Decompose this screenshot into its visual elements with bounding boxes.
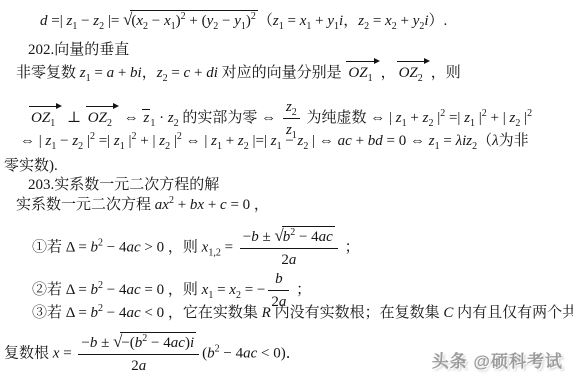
math-text: ， xyxy=(142,65,157,81)
math-text: + xyxy=(114,65,130,81)
math-variable: c xyxy=(220,197,227,213)
distance-formula-line: d =| z1 − z2 |= √(x2 − x1)2 + (y2 − y1)2… xyxy=(40,10,447,31)
superscript: 2 xyxy=(527,108,532,119)
denominator: 2a xyxy=(240,249,338,270)
math-variable: x xyxy=(164,13,171,29)
subscript: 2 xyxy=(418,73,423,84)
math-text: + xyxy=(352,133,368,149)
math-text: − 4 xyxy=(103,282,126,298)
math-variable: d xyxy=(40,13,48,29)
math-text: − 4 xyxy=(220,345,243,361)
math-variable: ac xyxy=(127,282,141,298)
math-text: + | xyxy=(487,110,510,126)
math-text: （ xyxy=(477,133,492,149)
math-text: − 4 xyxy=(103,239,126,255)
vector-overline: OZ2 xyxy=(397,61,430,83)
math-variable: x xyxy=(229,282,236,298)
math-text: = xyxy=(440,133,456,149)
math-text: 对应的向量分别是 xyxy=(218,65,346,81)
math-variable: ac xyxy=(243,345,257,361)
case3-delta-negative-line: ③若 Δ = b2 − 4ac < 0 ，它在实数集 R 内没有实数根；在复数集… xyxy=(32,303,573,323)
math-variable: ac xyxy=(127,305,141,321)
math-text: =| xyxy=(48,13,67,29)
math-variable: ac xyxy=(127,239,141,255)
math-text: ⇔ xyxy=(120,110,143,126)
math-variable: b xyxy=(251,229,259,245)
math-text: ； xyxy=(341,239,360,255)
math-text: − xyxy=(282,133,298,149)
math-text: | ⇔ xyxy=(308,133,337,149)
math-text: + xyxy=(397,13,413,29)
math-text: ； xyxy=(292,282,311,298)
math-text: = − xyxy=(241,282,265,298)
subscript: 2 xyxy=(107,118,112,129)
math-variable: i xyxy=(190,335,194,351)
math-variable: y xyxy=(234,13,241,29)
math-text: − xyxy=(148,13,164,29)
radical: √b2 − 4ac xyxy=(274,229,334,245)
math-text: |= xyxy=(104,13,123,29)
math-text: ，则 xyxy=(431,65,461,81)
math-variable: OZ xyxy=(348,65,367,81)
numerator: −b ± √−(b2 − 4ac)i xyxy=(78,332,199,355)
math-text: = xyxy=(91,65,107,81)
math-variable: C xyxy=(443,305,453,321)
radical: √−(b2 − 4ac)i xyxy=(113,335,196,351)
radicand: (x2 − x1)2 + (y2 − y1)2 xyxy=(130,10,258,31)
math-variable: a xyxy=(139,358,147,374)
math-text: =| xyxy=(445,110,464,126)
math-text: ③若 Δ = xyxy=(32,305,91,321)
subscript: 1,2 xyxy=(208,247,221,258)
math-text: ⊥ xyxy=(63,110,85,126)
math-text: · xyxy=(155,110,168,126)
vector-overline: OZ1 xyxy=(346,61,379,83)
math-text: 零实数). xyxy=(4,158,58,174)
math-text: = 0 ，则 xyxy=(141,282,202,298)
math-variable: x xyxy=(385,13,392,29)
math-text: − 4 xyxy=(147,335,170,351)
math-variable: bi xyxy=(130,65,142,81)
math-text: = 0 ， xyxy=(227,197,269,213)
math-variable: ac xyxy=(171,335,185,351)
math-text: + xyxy=(190,65,206,81)
math-text: = xyxy=(59,345,75,361)
denominator: 2a xyxy=(78,355,199,376)
numerator: −b ± √b2 − 4ac xyxy=(240,226,338,249)
radicand: b2 − 4ac xyxy=(282,226,335,247)
math-variable: ac xyxy=(338,133,352,149)
math-text: = xyxy=(284,13,300,29)
math-text: ①若 Δ = xyxy=(32,239,91,255)
math-text: | xyxy=(125,133,132,149)
math-variable: x xyxy=(136,13,143,29)
quadratic-equation-line: 实系数一元二次方程 ax2 + bx + c = 0 ， xyxy=(16,195,269,215)
math-variable: b xyxy=(207,345,215,361)
math-text: =| xyxy=(95,133,114,149)
math-text: − 4 xyxy=(103,305,126,321)
math-text: ± xyxy=(97,335,113,351)
section-202-heading: 202.向量的垂直 xyxy=(28,40,129,60)
math-text: 2 xyxy=(131,358,139,374)
math-variable: a xyxy=(107,65,115,81)
math-text: > 0 ，则 xyxy=(141,239,202,255)
math-variable: a xyxy=(289,252,297,268)
math-text: ， xyxy=(343,13,358,29)
math-text: + xyxy=(407,110,423,126)
math-text: |=| xyxy=(249,133,271,149)
numerator: z2 xyxy=(283,97,300,119)
math-text: 2 xyxy=(281,252,289,268)
subscript: 1 xyxy=(50,118,55,129)
math-variable: OZ xyxy=(88,110,107,126)
math-variable: bx xyxy=(190,197,204,213)
math-text: ②若 Δ = xyxy=(32,282,91,298)
math-variable: bd xyxy=(368,133,383,149)
fraction: −b ± √b2 − 4ac2a xyxy=(240,226,338,270)
math-text: ， xyxy=(381,65,396,81)
watermark: 头条 @硕科考试 xyxy=(432,347,563,372)
vector-overline: OZ2 xyxy=(86,106,119,128)
math-text: （ xyxy=(258,13,273,29)
complex-roots-line: 复数根 x = −b ± √−(b2 − 4ac)i2a(b2 − 4ac < … xyxy=(4,332,301,376)
math-variable: ac xyxy=(319,229,333,245)
math-variable: b xyxy=(91,239,99,255)
superscript: 2 xyxy=(251,11,256,22)
math-text: 的实部为零 ⇔ xyxy=(179,110,280,126)
math-text: − 4 xyxy=(295,229,318,245)
math-variable: OZ xyxy=(399,65,418,81)
math-text: ± xyxy=(259,229,275,245)
math-text: − xyxy=(218,13,234,29)
case1-delta-positive-line: ①若 Δ = b2 − 4ac > 0 ，则 x1,2 = −b ± √b2 −… xyxy=(32,226,360,270)
math-variable: z xyxy=(143,110,149,126)
math-text: 实系数一元二次方程 xyxy=(16,197,155,213)
math-variable: di xyxy=(206,65,218,81)
math-text: | xyxy=(83,133,90,149)
math-text: + ( xyxy=(186,13,207,29)
math-text: 非零复数 xyxy=(16,65,80,81)
math-text: + xyxy=(204,197,220,213)
math-text: 为纯虚数 ⇔ | xyxy=(303,110,396,126)
math-text: | xyxy=(170,133,177,149)
math-variable: b xyxy=(275,271,283,287)
radicand: −(b2 − 4ac)i xyxy=(120,332,196,353)
math-text: | xyxy=(475,110,482,126)
subscript: 1 xyxy=(368,73,373,84)
math-text: 203.实系数一元二次方程的解 xyxy=(28,177,219,193)
subscript: 2 xyxy=(292,107,297,118)
math-text: ）. xyxy=(429,13,448,29)
math-text: 为非 xyxy=(499,133,529,149)
math-text: < 0)． xyxy=(257,345,300,361)
math-text: = xyxy=(168,65,184,81)
fraction: −b ± √−(b2 − 4ac)i2a xyxy=(78,332,199,376)
math-text: 复数根 xyxy=(4,345,53,361)
math-variable: λiz xyxy=(456,133,473,149)
vectors-setup-line: 非零复数 z1 = a + bi，z2 = c + di 对应的向量分别是 OZ… xyxy=(16,61,461,83)
math-text: 202.向量的垂直 xyxy=(28,42,129,58)
math-text: < 0 ，它在实数集 xyxy=(141,305,262,321)
math-text: − xyxy=(243,229,251,245)
vector-overline: OZ1 xyxy=(29,106,62,128)
math-variable: OZ xyxy=(31,110,50,126)
section-203-heading: 203.实系数一元二次方程的解 xyxy=(28,175,219,195)
math-text: = xyxy=(369,13,385,29)
math-text: ⇔ | xyxy=(20,133,46,149)
math-variable: b xyxy=(91,305,99,321)
math-text: −( xyxy=(121,335,134,351)
radical: √(x2 − x1)2 + (y2 − y1)2 xyxy=(123,13,258,29)
math-text: 内没有实数根；在复数集 xyxy=(271,305,444,321)
math-variable: ax xyxy=(155,197,169,213)
perpendicular-equiv-line-2: ⇔ | z1 − z2 |2 =| z1 |2 + | z2 |2 ⇔ | z1… xyxy=(20,131,529,151)
perpendicular-equiv-line-3: 零实数). xyxy=(4,156,58,176)
math-text: + | xyxy=(137,133,160,149)
math-text: 内有且仅有两个共轭 xyxy=(453,305,573,321)
math-text: + xyxy=(311,13,327,29)
math-text: + xyxy=(174,197,190,213)
document-page: d =| z1 − z2 |= √(x2 − x1)2 + (y2 − y1)2… xyxy=(0,0,573,378)
math-variable: R xyxy=(262,305,271,321)
numerator: b xyxy=(268,269,289,291)
math-text: − xyxy=(77,13,93,29)
math-text: ⇔ | xyxy=(182,133,211,149)
math-text: − xyxy=(81,335,89,351)
math-variable: b xyxy=(91,282,99,298)
math-text: − xyxy=(56,133,72,149)
math-text: + xyxy=(222,133,238,149)
math-text: = xyxy=(221,239,237,255)
math-text: = 0 ⇔ xyxy=(383,133,429,149)
math-text: = xyxy=(213,282,229,298)
